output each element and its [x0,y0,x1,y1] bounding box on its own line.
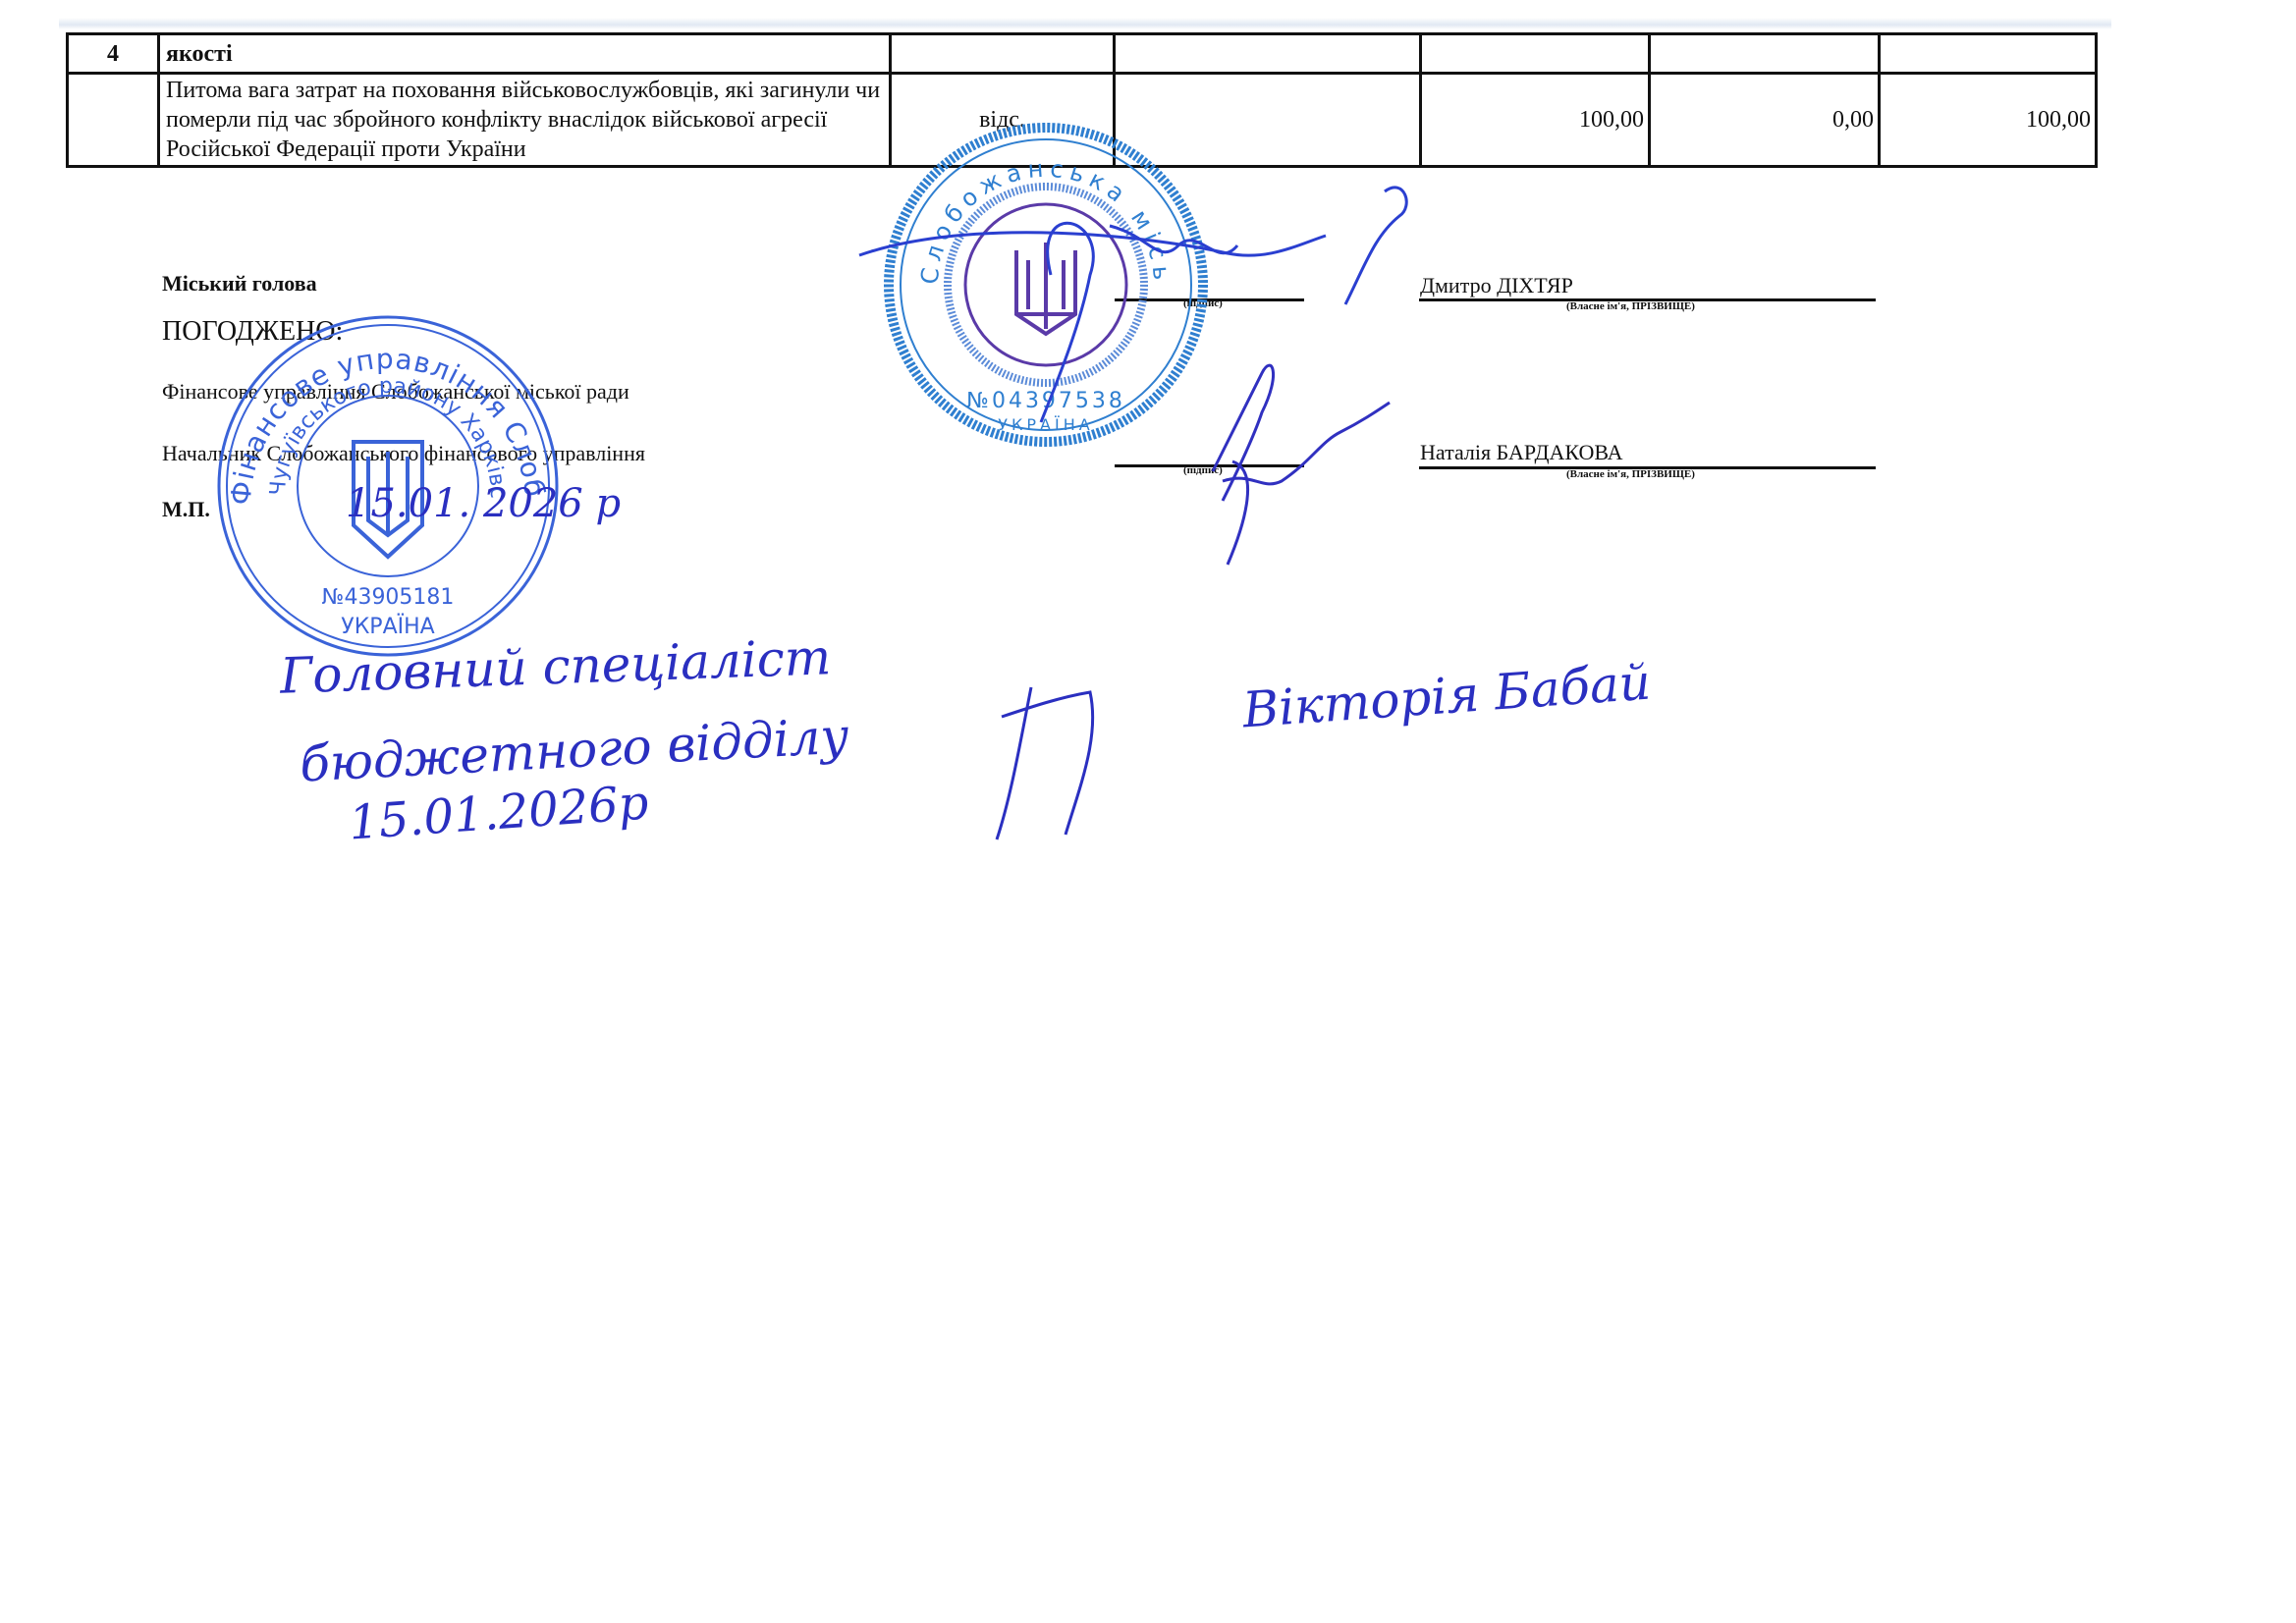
row-number [68,74,159,167]
name-caption: (Власне ім'я, ПРІЗВИЩЕ) [1566,468,1695,480]
name-caption: (Власне ім'я, ПРІЗВИЩЕ) [1566,300,1695,312]
section-title: якості [159,34,891,74]
indicator-description: Питома вага затрат на поховання військов… [159,74,891,167]
seal-place-label: М.П. [162,497,210,522]
svg-text:УКРАЇНА: УКРАЇНА [341,614,434,639]
finance-head-name: Наталія БАРДАКОВА [1420,440,1623,465]
value-cell [1421,34,1650,74]
source-cell [1115,34,1421,74]
stamp-code: №43905181 [322,585,455,610]
scan-artifact [59,18,2111,29]
value-cell: 100,00 [1421,74,1650,167]
finance-head-signature [1193,334,1390,569]
handwritten-date-near-seal: 15.01. 2026 р [346,481,621,526]
row-number: 4 [68,34,159,74]
unit-cell [891,34,1115,74]
handwritten-note-name: Вікторія Бабай [1240,654,1652,739]
value-cell [1650,34,1880,74]
table-row-section: 4 якості [68,34,2097,74]
value-cell [1880,34,2097,74]
mayor-title: Міський голова [162,271,317,297]
handwritten-note-signature [982,677,1159,844]
value-cell: 100,00 [1880,74,2097,167]
value-cell: 0,00 [1650,74,1880,167]
